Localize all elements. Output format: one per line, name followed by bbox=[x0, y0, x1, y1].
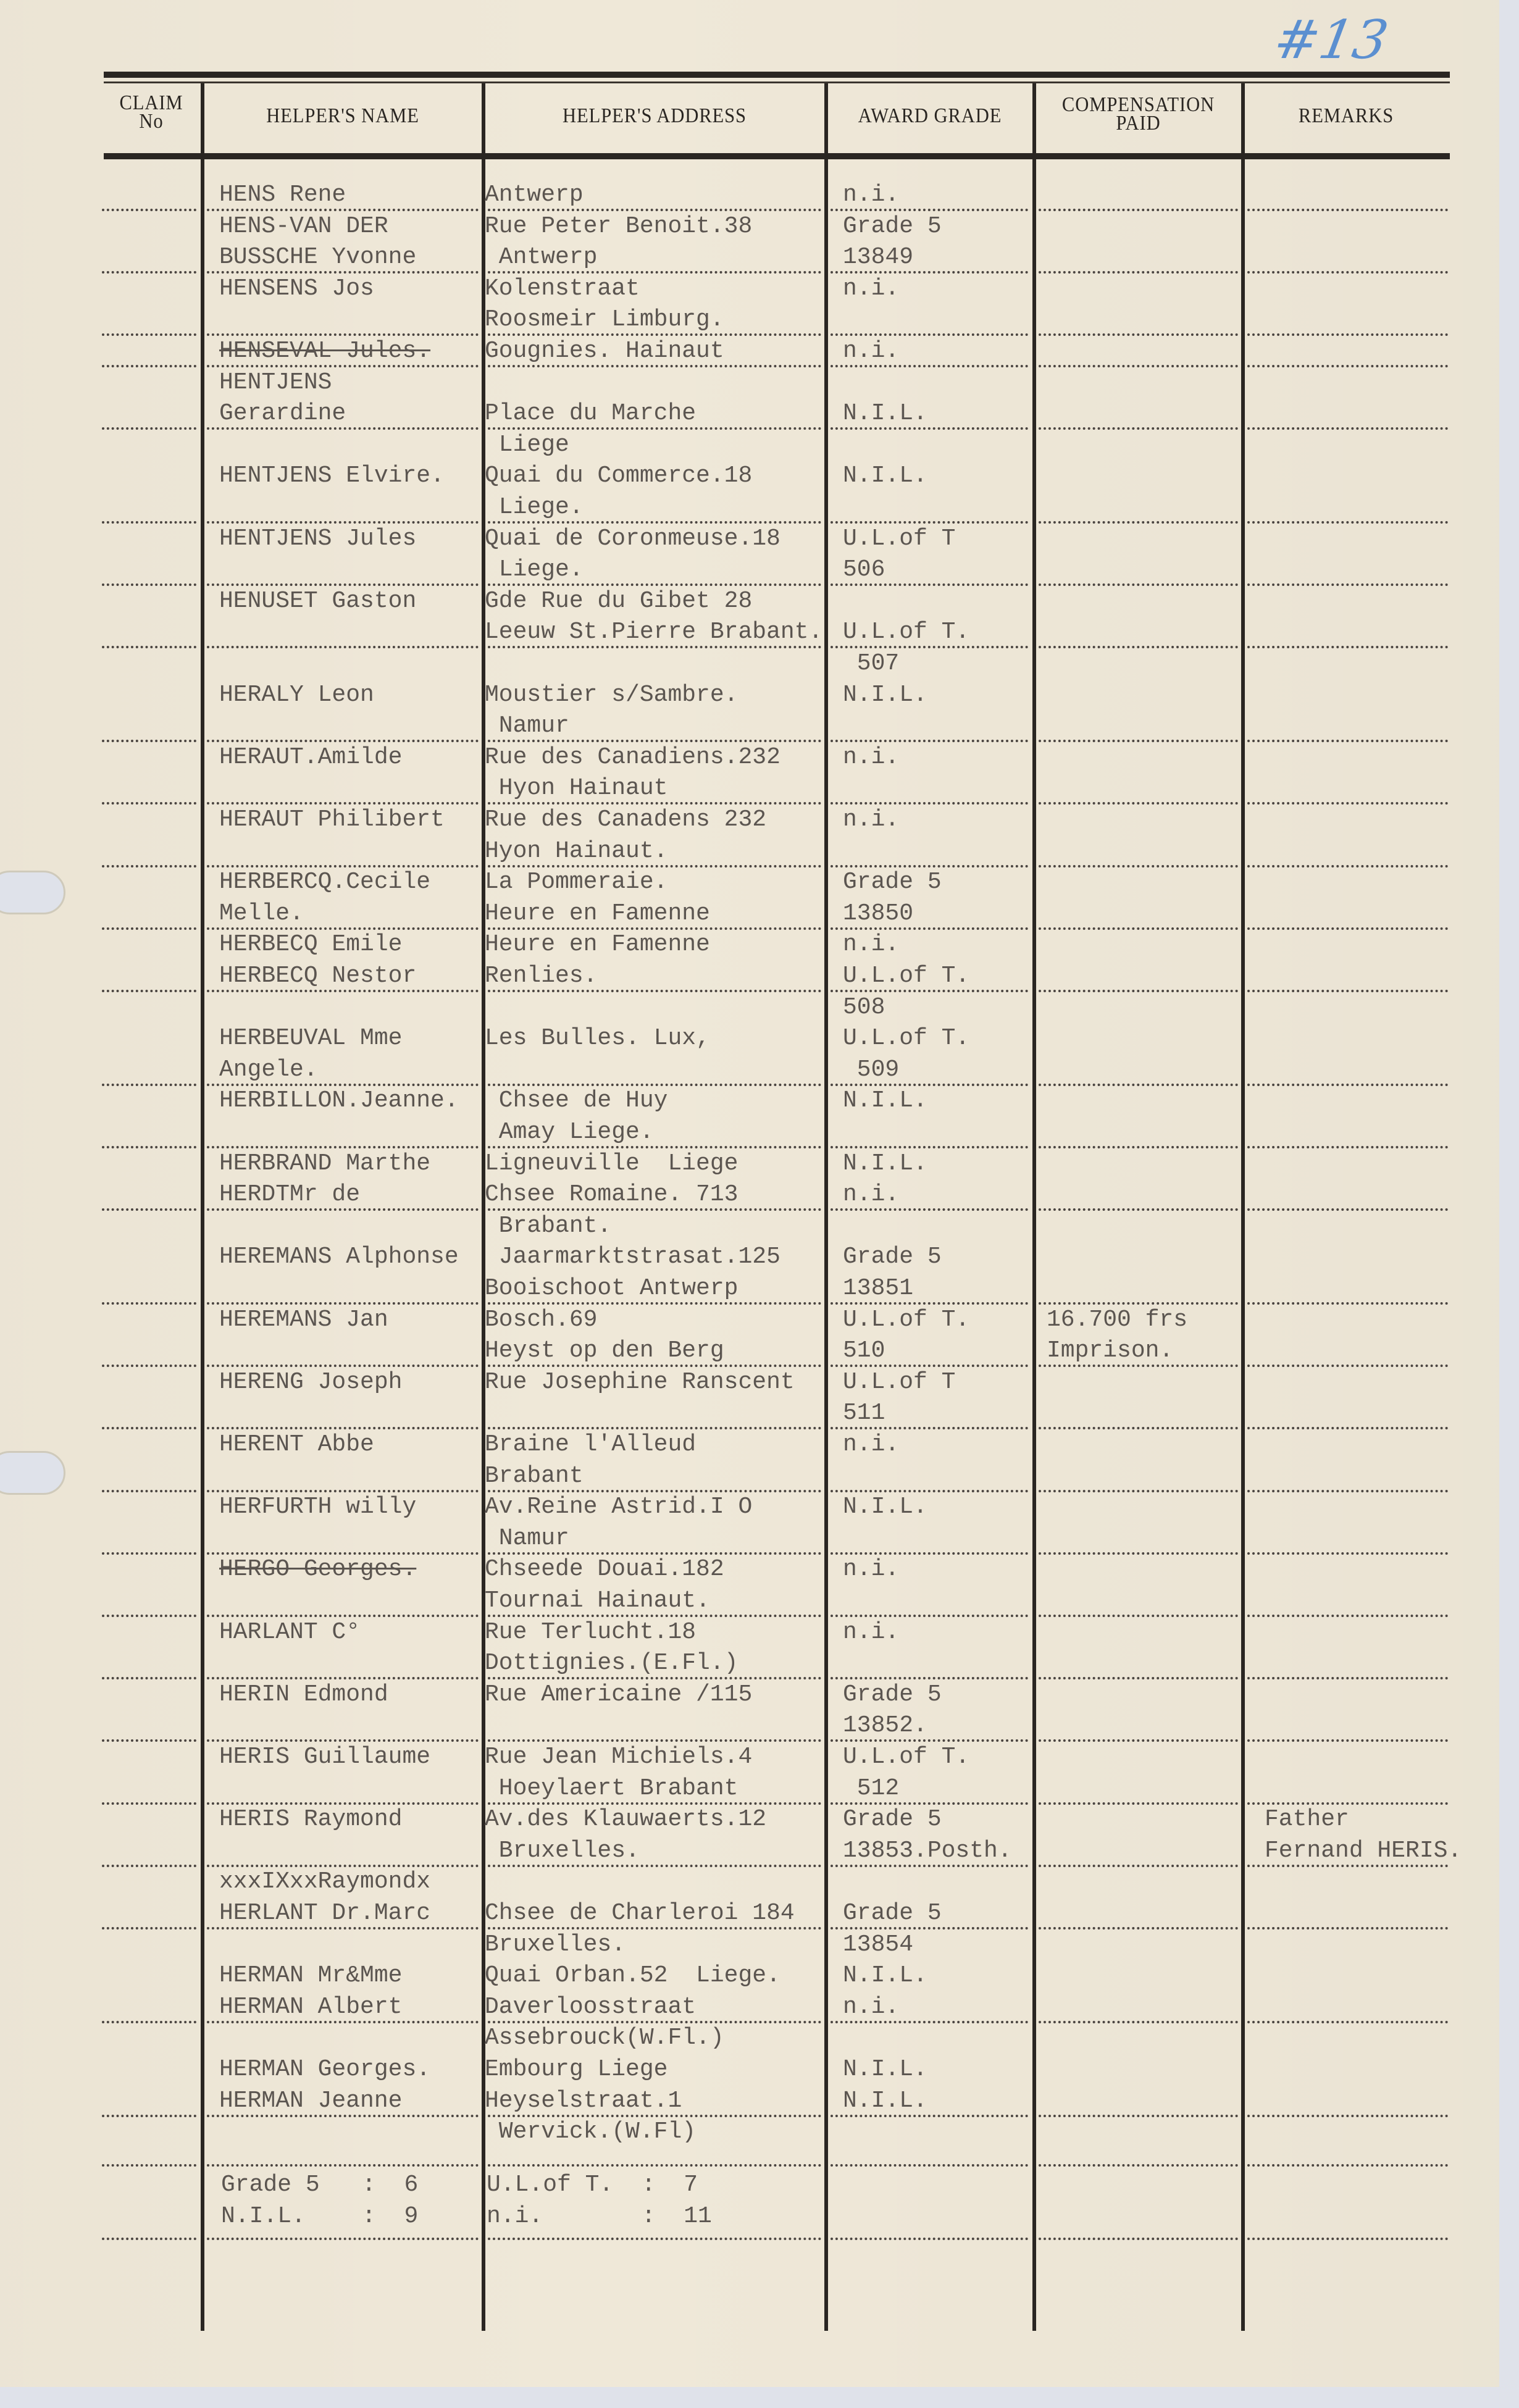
row-separator bbox=[102, 271, 196, 274]
row-separator bbox=[207, 333, 479, 336]
entry-name: HERENT Abbe bbox=[219, 1431, 374, 1458]
row-separator bbox=[488, 1146, 821, 1148]
row-separator bbox=[207, 2164, 479, 2167]
row-separator bbox=[1247, 1146, 1448, 1148]
row-separator bbox=[1039, 271, 1238, 274]
entry-name: HARLANT C° bbox=[219, 1619, 360, 1646]
entry-compensation: Imprison. bbox=[1047, 1337, 1173, 1365]
row-separator bbox=[102, 1208, 196, 1211]
entry-address: Av.des Klauwaerts.12 bbox=[485, 1806, 766, 1833]
entry-name: HERMAN Mr&Mme bbox=[219, 1962, 402, 1989]
entry-address: Bruxelles. bbox=[485, 1837, 640, 1865]
entry-award: n.i. bbox=[843, 1619, 899, 1646]
row-separator bbox=[831, 427, 1028, 430]
row-separator bbox=[1247, 427, 1448, 430]
row-separator bbox=[1247, 365, 1448, 367]
entry-address: Gde Rue du Gibet 28 bbox=[485, 588, 752, 615]
row-separator bbox=[1039, 365, 1238, 367]
row-separator bbox=[488, 1927, 821, 1929]
row-separator bbox=[1247, 1365, 1448, 1367]
entry-address: Av.Reine Astrid.I O bbox=[485, 1494, 752, 1521]
entry-name: HENTJENS bbox=[219, 369, 332, 396]
handwritten-page-number: #13 bbox=[1270, 9, 1392, 71]
entry-address: Liege. bbox=[485, 494, 584, 521]
entry-address: Hyon Hainaut. bbox=[485, 838, 667, 865]
entry-address: Rue des Canadiens.232 bbox=[485, 744, 780, 771]
entry-address: Daverloosstraat bbox=[485, 1994, 696, 2021]
entry-award: Grade 5 bbox=[843, 1900, 942, 1927]
row-separator bbox=[1039, 521, 1238, 524]
row-separator bbox=[102, 802, 196, 805]
entry-award: 13852. bbox=[843, 1712, 927, 1739]
row-separator bbox=[831, 1677, 1028, 1679]
row-separator bbox=[102, 2238, 196, 2240]
row-separator bbox=[102, 2115, 196, 2117]
entry-award: N.I.L. bbox=[843, 2088, 927, 2115]
entry-address: Roosmeir Limburg. bbox=[485, 306, 724, 333]
entry-name: xxxIXxxRaymondx bbox=[219, 1868, 430, 1896]
entry-address: Heyselstraat.1 bbox=[485, 2088, 682, 2115]
row-separator bbox=[102, 333, 196, 336]
row-separator bbox=[831, 1552, 1028, 1555]
entry-name: HEREMANS Alphonse bbox=[219, 1244, 459, 1271]
entry-award: U.L.of T bbox=[843, 525, 955, 553]
row-separator bbox=[1247, 1677, 1448, 1679]
row-separator bbox=[1247, 1615, 1448, 1617]
row-separator bbox=[488, 209, 821, 211]
row-separator bbox=[102, 1490, 196, 1492]
entry-address: Antwerp bbox=[485, 244, 597, 271]
row-separator bbox=[207, 990, 479, 992]
entry-name: HERAUT Philibert bbox=[219, 806, 445, 834]
entry-address: Leeuw St.Pierre Brabant. bbox=[485, 619, 822, 646]
row-separator bbox=[1247, 333, 1448, 336]
entry-address: Dottignies.(E.Fl.) bbox=[485, 1650, 738, 1677]
row-separator bbox=[1039, 1927, 1238, 1929]
entry-compensation: 16.700 frs bbox=[1047, 1306, 1187, 1334]
entry-name: HERBILLON.Jeanne. bbox=[219, 1087, 459, 1114]
row-separator bbox=[1247, 740, 1448, 742]
row-separator bbox=[1247, 209, 1448, 211]
row-separator bbox=[831, 1084, 1028, 1086]
entry-name: HENSENS Jos bbox=[219, 275, 374, 303]
header-bottom-rule bbox=[104, 153, 1450, 159]
entry-award: N.I.L. bbox=[843, 462, 927, 490]
row-separator bbox=[1039, 1490, 1238, 1492]
row-separator bbox=[488, 1427, 821, 1429]
row-separator bbox=[207, 1427, 479, 1429]
row-separator bbox=[488, 1084, 821, 1086]
row-separator bbox=[207, 1084, 479, 1086]
entry-award: N.I.L. bbox=[843, 1494, 927, 1521]
entry-award: Grade 5 bbox=[843, 213, 942, 240]
header-award-grade: AWARD GRADE bbox=[838, 107, 1023, 125]
row-separator bbox=[207, 927, 479, 930]
entry-name: HERIN Edmond bbox=[219, 1681, 388, 1708]
header-helpers-name: HELPER'S NAME bbox=[218, 107, 468, 125]
entry-award: N.I.L. bbox=[843, 682, 927, 709]
entry-award: n.i. bbox=[843, 275, 899, 303]
entry-name: HERENG Joseph bbox=[219, 1369, 402, 1396]
row-separator bbox=[207, 2238, 479, 2240]
entry-address: Heure en Famenne bbox=[485, 900, 710, 927]
row-separator bbox=[102, 865, 196, 867]
row-separator bbox=[488, 927, 821, 930]
header-helpers-address: HELPER'S ADDRESS bbox=[502, 107, 808, 125]
entry-name: HERIS Raymond bbox=[219, 1806, 402, 1833]
row-separator bbox=[1247, 1490, 1448, 1492]
entry-address: Quai de Coronmeuse.18 bbox=[485, 525, 780, 553]
row-separator bbox=[1039, 1739, 1238, 1742]
entry-award: n.i. bbox=[843, 1431, 899, 1458]
row-separator bbox=[488, 333, 821, 336]
entry-award: n.i. bbox=[843, 1181, 899, 1208]
row-separator bbox=[831, 333, 1028, 336]
entry-address: Bruxelles. bbox=[485, 1931, 626, 1959]
top-rule bbox=[104, 72, 1450, 78]
row-separator bbox=[831, 1302, 1028, 1305]
row-separator bbox=[1039, 2238, 1238, 2240]
entry-address: Place du Marche bbox=[485, 400, 696, 427]
entry-address: Amay Liege. bbox=[485, 1119, 654, 1146]
row-separator bbox=[1039, 2021, 1238, 2023]
entry-address: Braine l'Alleud bbox=[485, 1431, 696, 1458]
row-separator bbox=[207, 802, 479, 805]
row-separator bbox=[488, 1208, 821, 1211]
row-separator bbox=[831, 1927, 1028, 1929]
entry-name: HERGO Georges. bbox=[219, 1556, 416, 1583]
row-separator bbox=[1247, 646, 1448, 648]
column-divider bbox=[1032, 83, 1036, 2331]
entry-name: HERBERCQ.Cecile bbox=[219, 869, 430, 896]
row-separator bbox=[207, 427, 479, 430]
row-separator bbox=[1247, 990, 1448, 992]
entry-name: HERBRAND Marthe bbox=[219, 1150, 430, 1177]
entry-name: HERBEUVAL Mme bbox=[219, 1025, 402, 1052]
row-separator bbox=[1039, 1615, 1238, 1617]
row-separator bbox=[488, 427, 821, 430]
row-separator bbox=[102, 1615, 196, 1617]
row-separator bbox=[1247, 2238, 1448, 2240]
row-separator bbox=[488, 740, 821, 742]
row-separator bbox=[1039, 1084, 1238, 1086]
entry-remarks: Father bbox=[1265, 1806, 1349, 1833]
row-separator bbox=[1247, 583, 1448, 586]
row-separator bbox=[831, 646, 1028, 648]
row-separator bbox=[831, 1365, 1028, 1367]
row-separator bbox=[102, 1302, 196, 1305]
summary-nil: N.I.L. : 9 bbox=[221, 2203, 418, 2230]
row-separator bbox=[488, 646, 821, 648]
row-separator bbox=[207, 646, 479, 648]
row-separator bbox=[102, 1146, 196, 1148]
entry-award: n.i. bbox=[843, 1994, 899, 2021]
entry-award: n.i. bbox=[843, 744, 899, 771]
entry-address: Rue Peter Benoit.38 bbox=[485, 213, 752, 240]
row-separator bbox=[488, 2238, 821, 2240]
row-separator bbox=[488, 2021, 821, 2023]
entry-award: n.i. bbox=[843, 338, 899, 365]
entry-name: Melle. bbox=[219, 900, 304, 927]
entry-name: HENTJENS Jules bbox=[219, 525, 416, 553]
entry-address: Rue Terlucht.18 bbox=[485, 1619, 696, 1646]
row-separator bbox=[102, 1802, 196, 1805]
row-separator bbox=[831, 2021, 1028, 2023]
row-separator bbox=[831, 1802, 1028, 1805]
row-separator bbox=[488, 802, 821, 805]
entry-address: Quai du Commerce.18 bbox=[485, 462, 752, 490]
entry-award: 509 bbox=[843, 1056, 899, 1084]
row-separator bbox=[1247, 2164, 1448, 2167]
row-separator bbox=[1247, 521, 1448, 524]
entry-address: Liege bbox=[485, 432, 569, 459]
header-remarks: REMARKS bbox=[1255, 107, 1438, 125]
entry-address: Booischoot Antwerp bbox=[485, 1275, 738, 1302]
row-separator bbox=[207, 740, 479, 742]
row-separator bbox=[207, 865, 479, 867]
entry-award: Grade 5 bbox=[843, 1244, 942, 1271]
entry-award: 13851 bbox=[843, 1275, 913, 1302]
entry-address: Chsee de Charleroi 184 bbox=[485, 1900, 795, 1927]
row-separator bbox=[831, 583, 1028, 586]
row-separator bbox=[831, 740, 1028, 742]
entry-award: n.i. bbox=[843, 182, 899, 209]
row-separator bbox=[1039, 1427, 1238, 1429]
row-separator bbox=[207, 1802, 479, 1805]
entry-address: Ligneuville Liege bbox=[485, 1150, 738, 1177]
entry-name: HERMAN Jeanne bbox=[219, 2088, 402, 2115]
entry-address: Chsee Romaine. 713 bbox=[485, 1181, 738, 1208]
row-separator bbox=[1247, 1739, 1448, 1742]
row-separator bbox=[102, 646, 196, 648]
row-separator bbox=[102, 365, 196, 367]
row-separator bbox=[207, 1302, 479, 1305]
entry-award: n.i. bbox=[843, 806, 899, 834]
row-separator bbox=[207, 209, 479, 211]
entry-award: N.I.L. bbox=[843, 1150, 927, 1177]
entry-name: HERFURTH willy bbox=[219, 1494, 416, 1521]
row-separator bbox=[488, 1865, 821, 1867]
top-rule-thin bbox=[104, 82, 1450, 83]
entry-address: Brabant bbox=[485, 1463, 584, 1490]
row-separator bbox=[1247, 1302, 1448, 1305]
row-separator bbox=[1039, 1802, 1238, 1805]
entry-address: Les Bulles. Lux, bbox=[485, 1025, 710, 1052]
entry-address: Tournai Hainaut. bbox=[485, 1587, 710, 1615]
row-separator bbox=[831, 1427, 1028, 1429]
row-separator bbox=[1247, 271, 1448, 274]
entry-address: Antwerp bbox=[485, 182, 584, 209]
row-separator bbox=[1039, 1302, 1238, 1305]
row-separator bbox=[488, 1677, 821, 1679]
entry-name: HERALY Leon bbox=[219, 682, 374, 709]
row-separator bbox=[488, 583, 821, 586]
row-separator bbox=[207, 1208, 479, 1211]
entry-award: U.L.of T. bbox=[843, 1306, 969, 1334]
entry-award: 13850 bbox=[843, 900, 913, 927]
row-separator bbox=[488, 990, 821, 992]
row-separator bbox=[102, 521, 196, 524]
entry-award: N.I.L. bbox=[843, 2056, 927, 2083]
row-separator bbox=[831, 1739, 1028, 1742]
row-separator bbox=[102, 583, 196, 586]
summary-ulot: U.L.of T. : 7 bbox=[487, 2172, 698, 2199]
row-separator bbox=[1039, 865, 1238, 867]
row-separator bbox=[102, 740, 196, 742]
entry-award: n.i. bbox=[843, 1556, 899, 1583]
row-separator bbox=[831, 209, 1028, 211]
row-separator bbox=[1039, 646, 1238, 648]
row-separator bbox=[1039, 333, 1238, 336]
entry-address: Gougnies. Hainaut bbox=[485, 338, 724, 365]
row-separator bbox=[1039, 1208, 1238, 1211]
row-separator bbox=[102, 2021, 196, 2023]
row-separator bbox=[831, 365, 1028, 367]
entry-award: 508 bbox=[843, 994, 885, 1021]
row-separator bbox=[831, 1208, 1028, 1211]
entry-name: HERAUT.Amilde bbox=[219, 744, 402, 771]
entry-name: HERBECQ Emile bbox=[219, 931, 402, 958]
entry-award: 511 bbox=[843, 1400, 885, 1427]
row-separator bbox=[1039, 209, 1238, 211]
row-separator bbox=[1247, 1927, 1448, 1929]
row-separator bbox=[207, 1615, 479, 1617]
row-separator bbox=[488, 1802, 821, 1805]
row-separator bbox=[1039, 427, 1238, 430]
row-separator bbox=[1247, 1552, 1448, 1555]
entry-address: Assebrouck(W.Fl.) bbox=[485, 2025, 724, 2052]
row-separator bbox=[102, 1927, 196, 1929]
row-separator bbox=[1039, 802, 1238, 805]
row-separator bbox=[207, 521, 479, 524]
entry-address: Wervick.(W.Fl) bbox=[485, 2118, 696, 2146]
row-separator bbox=[488, 865, 821, 867]
entry-name: HEREMANS Jan bbox=[219, 1306, 388, 1334]
row-separator bbox=[1039, 1146, 1238, 1148]
row-separator bbox=[207, 1365, 479, 1367]
row-separator bbox=[207, 271, 479, 274]
row-separator bbox=[207, 583, 479, 586]
row-separator bbox=[488, 521, 821, 524]
row-separator bbox=[831, 2115, 1028, 2117]
entry-name: HERLANT Dr.Marc bbox=[219, 1900, 430, 1927]
entry-award: U.L.of T. bbox=[843, 1744, 969, 1771]
row-separator bbox=[1247, 865, 1448, 867]
row-separator bbox=[831, 1490, 1028, 1492]
column-divider bbox=[1241, 83, 1245, 2331]
entry-award: Grade 5 bbox=[843, 869, 942, 896]
row-separator bbox=[488, 1302, 821, 1305]
entry-name: Angele. bbox=[219, 1056, 318, 1084]
header-compensation-paid: COMPENSATION PAID bbox=[1046, 96, 1231, 133]
entry-address: Liege. bbox=[485, 556, 584, 583]
entry-address: Rue des Canadens 232 bbox=[485, 806, 766, 834]
row-separator bbox=[102, 2164, 196, 2167]
entry-address: Heure en Famenne bbox=[485, 931, 710, 958]
row-separator bbox=[102, 1365, 196, 1367]
entry-award: 510 bbox=[843, 1337, 885, 1365]
row-separator bbox=[102, 1677, 196, 1679]
punch-hole bbox=[0, 1451, 65, 1495]
entry-address: Chseede Douai.182 bbox=[485, 1556, 724, 1583]
row-separator bbox=[207, 2021, 479, 2023]
entry-award: Grade 5 bbox=[843, 1681, 942, 1708]
entry-address: Jaarmarktstrasat.125 bbox=[485, 1244, 780, 1271]
row-separator bbox=[207, 1739, 479, 1742]
entry-award: Grade 5 bbox=[843, 1806, 942, 1833]
entry-award: U.L.of T bbox=[843, 1369, 955, 1396]
row-separator bbox=[1247, 1427, 1448, 1429]
row-separator bbox=[488, 271, 821, 274]
row-separator bbox=[1039, 740, 1238, 742]
row-separator bbox=[1039, 927, 1238, 930]
entry-address: Renlies. bbox=[485, 963, 597, 990]
row-separator bbox=[207, 365, 479, 367]
column-divider bbox=[824, 83, 828, 2331]
entry-award: N.I.L. bbox=[843, 400, 927, 427]
punch-hole bbox=[0, 871, 65, 914]
entry-address: Heyst op den Berg bbox=[485, 1337, 724, 1365]
row-separator bbox=[831, 2238, 1028, 2240]
row-separator bbox=[1247, 2021, 1448, 2023]
row-separator bbox=[1247, 1208, 1448, 1211]
row-separator bbox=[207, 1552, 479, 1555]
row-separator bbox=[831, 1146, 1028, 1148]
entry-name: Gerardine bbox=[219, 400, 346, 427]
row-separator bbox=[1039, 1865, 1238, 1867]
entry-name: HENUSET Gaston bbox=[219, 588, 416, 615]
entry-name: HENSEVAL Jules. bbox=[219, 338, 430, 365]
entry-award: 13853.Posth. bbox=[843, 1837, 1012, 1865]
entry-address: Embourg Liege bbox=[485, 2056, 667, 2083]
entry-award: U.L.of T. bbox=[843, 963, 969, 990]
row-separator bbox=[1247, 1865, 1448, 1867]
row-separator bbox=[831, 2164, 1028, 2167]
entry-award: N.I.L. bbox=[843, 1087, 927, 1114]
document-page: #13 CLAIM No HELPER'S NAME HELPER'S ADDR… bbox=[0, 0, 1499, 2387]
row-separator bbox=[1039, 583, 1238, 586]
row-separator bbox=[1247, 1802, 1448, 1805]
row-separator bbox=[1039, 2115, 1238, 2117]
summary-ni: n.i. : 11 bbox=[487, 2203, 712, 2230]
row-separator bbox=[207, 1865, 479, 1867]
row-separator bbox=[207, 1490, 479, 1492]
entry-name: HENTJENS Elvire. bbox=[219, 462, 445, 490]
row-separator bbox=[488, 2164, 821, 2167]
row-separator bbox=[102, 1552, 196, 1555]
row-separator bbox=[102, 990, 196, 992]
header-claim-no: CLAIM No bbox=[110, 94, 193, 131]
row-separator bbox=[1039, 990, 1238, 992]
entry-award: U.L.of T. bbox=[843, 1025, 969, 1052]
entry-name: HERDTMr de bbox=[219, 1181, 360, 1208]
entry-remarks: Fernand HERIS. bbox=[1265, 1837, 1462, 1865]
entry-name: HERIS Guillaume bbox=[219, 1744, 430, 1771]
row-separator bbox=[1247, 927, 1448, 930]
row-separator bbox=[831, 1615, 1028, 1617]
row-separator bbox=[102, 427, 196, 430]
entry-name: HENS Rene bbox=[219, 182, 346, 209]
row-separator bbox=[831, 1865, 1028, 1867]
row-separator bbox=[102, 1739, 196, 1742]
row-separator bbox=[488, 365, 821, 367]
entry-name: HERMAN Albert bbox=[219, 1994, 402, 2021]
entry-address: Hoeylaert Brabant bbox=[485, 1775, 738, 1802]
entry-address: Kolenstraat bbox=[485, 275, 640, 303]
row-separator bbox=[1247, 802, 1448, 805]
entry-award: n.i. bbox=[843, 931, 899, 958]
row-separator bbox=[102, 1427, 196, 1429]
